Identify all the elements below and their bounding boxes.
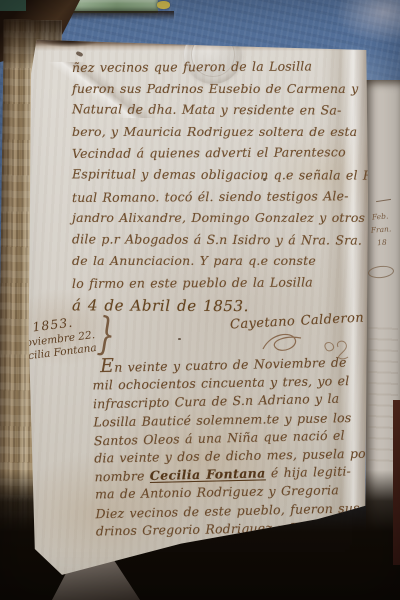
teal-cloth-sliver bbox=[0, 0, 26, 11]
yellow-spot bbox=[157, 1, 170, 9]
manuscript-line: jandro Alixandre, Domingo Gonzalez y otr… bbox=[72, 207, 381, 229]
ink-speck bbox=[178, 338, 181, 340]
manuscript-line: Vecindad á quienes adverti el Parentesco bbox=[72, 141, 381, 164]
manuscript-line: ñez vecinos que fueron de la Losilla bbox=[72, 55, 381, 78]
right-page-dash bbox=[376, 199, 391, 202]
manuscript-photo: Feb. Fran. 18 ñez vecinos que fueron de … bbox=[0, 0, 400, 600]
manuscript-line: fueron sus Padrinos Eusebio de Carmena y bbox=[72, 78, 381, 100]
right-page-margin-fragments: Feb. Fran. 18 bbox=[365, 209, 398, 250]
right-page-flourish-oval bbox=[367, 265, 394, 280]
manuscript-line: tual Romano. tocó él. siendo testigos Al… bbox=[72, 185, 381, 208]
manuscript-line: Espiritual y demas obligacion q.e señala… bbox=[72, 163, 381, 186]
right-page-fragment: 18 bbox=[366, 235, 397, 250]
manuscript-line: dile p.r Abogados á S.n Isidro y á Nra. … bbox=[72, 228, 381, 251]
baptized-name: Cecilia Fontana bbox=[150, 466, 266, 484]
margin-brace: } bbox=[94, 312, 119, 358]
name-line-pre: nombre bbox=[94, 468, 150, 484]
manuscript-line: de la Anunciacion. Y para q.e conste bbox=[72, 250, 381, 272]
name-line-post: é hija legiti- bbox=[266, 464, 352, 481]
manuscript-page: ñez vecinos que fueron de la Losilla fue… bbox=[28, 36, 368, 576]
manuscript-line: bero, y Mauricia Rodriguez soltera de es… bbox=[72, 121, 381, 143]
manuscript-line: Natural de dha. Mata y residente en Sa- bbox=[72, 99, 381, 122]
book-cover-sliver bbox=[393, 400, 400, 565]
signature-rubric-icon bbox=[260, 329, 304, 355]
entry1-text: ñez vecinos que fueron de la Losilla fue… bbox=[72, 56, 381, 317]
manuscript-line: lo firmo en este pueblo de la Losilla bbox=[72, 271, 381, 294]
